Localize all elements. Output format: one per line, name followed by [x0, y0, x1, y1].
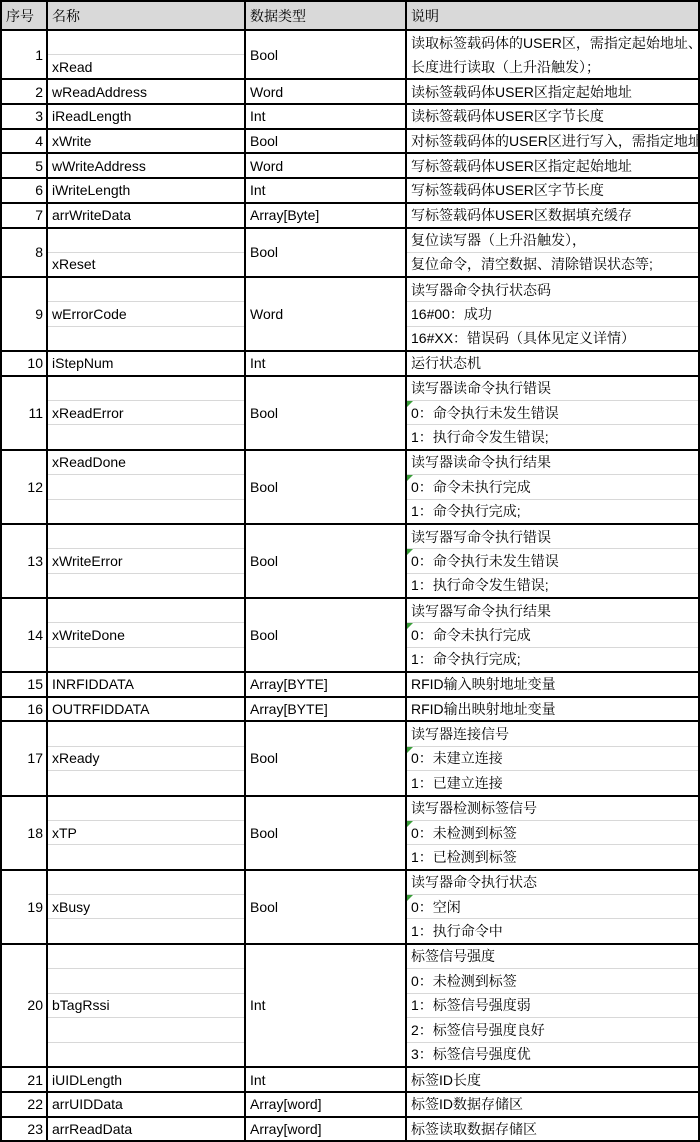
- cell-name[interactable]: iUIDLength: [46, 1068, 244, 1091]
- description-line[interactable]: 1：命令执行完成;: [407, 499, 698, 523]
- cell-row-number[interactable]: 5: [2, 154, 46, 177]
- cell-name[interactable]: OUTRFIDDATA: [46, 698, 244, 721]
- description-line[interactable]: 16#XX：错误码（具体见定义详情）: [407, 326, 698, 350]
- cell-row-number[interactable]: 19: [2, 871, 46, 943]
- description-line[interactable]: 0：命令未执行完成: [407, 622, 698, 646]
- description-line[interactable]: 读标签载码体USER区字节长度: [407, 105, 698, 128]
- cell-row-number[interactable]: 16: [2, 698, 46, 721]
- name-line: [48, 474, 244, 498]
- header-row: 序号 名称 数据类型 说明: [2, 2, 698, 29]
- description-line[interactable]: 0：命令未执行完成: [407, 474, 698, 498]
- description-line[interactable]: 0：未检测到标签: [407, 820, 698, 844]
- cell-description[interactable]: 读写器写命令执行错误0：命令执行未发生错误1：执行命令发生错误;: [405, 525, 698, 597]
- cell-row-number[interactable]: 10: [2, 352, 46, 375]
- cell-data-type[interactable]: Bool: [244, 525, 405, 597]
- description-line[interactable]: 读写器命令执行状态码: [407, 278, 698, 301]
- cell-data-type[interactable]: Array[word]: [244, 1118, 405, 1141]
- table-row: 20bTagRssiInt标签信号强度0：未检测到标签1：标签信号强度弱2：标签…: [2, 943, 698, 1067]
- description-line[interactable]: 标签ID数据存储区: [407, 1093, 698, 1116]
- name-line: arrReadData: [48, 1118, 244, 1141]
- description-line[interactable]: RFID输出映射地址变量: [407, 698, 698, 721]
- description-line[interactable]: 读标签载码体USER区指定起始地址: [407, 80, 698, 103]
- description-line[interactable]: 读写器写命令执行错误: [407, 525, 698, 548]
- name-line: [48, 229, 244, 252]
- description-line[interactable]: 写标签载码体USER区字节长度: [407, 179, 698, 202]
- cell-name[interactable]: iStepNum: [46, 352, 244, 375]
- cell-description[interactable]: 读取标签载码体的USER区，需指定起始地址、长度进行读取（上升沿触发）；: [405, 31, 698, 78]
- name-line: [48, 499, 244, 523]
- table-row: 21iUIDLengthInt标签ID长度: [2, 1066, 698, 1091]
- name-line: [48, 278, 244, 301]
- cell-data-type[interactable]: Bool: [244, 377, 405, 449]
- description-line[interactable]: 运行状态机: [407, 352, 698, 375]
- name-line: [48, 647, 244, 671]
- cell-description[interactable]: 读写器连接信号0：未建立连接1：已建立连接: [405, 722, 698, 794]
- cell-name[interactable]: INRFIDDATA: [46, 673, 244, 696]
- name-line: iUIDLength: [48, 1068, 244, 1091]
- name-line: xRead: [48, 54, 244, 78]
- cell-name[interactable]: xBusy: [46, 871, 244, 943]
- cell-corner-marker-icon: [407, 821, 413, 827]
- name-line: INRFIDDATA: [48, 673, 244, 696]
- cell-row-number[interactable]: 9: [2, 278, 46, 350]
- table-row: 10iStepNumInt运行状态机: [2, 350, 698, 375]
- cell-data-type[interactable]: Word: [244, 278, 405, 350]
- name-line: bTagRssi: [48, 993, 244, 1018]
- name-line: iWriteLength: [48, 179, 244, 202]
- description-line[interactable]: 读写器读命令执行错误: [407, 377, 698, 400]
- description-line[interactable]: 0：命令执行未发生错误: [407, 548, 698, 572]
- name-line: [48, 599, 244, 622]
- name-line: [48, 945, 244, 969]
- description-line[interactable]: 读取标签载码体的USER区，需指定起始地址、: [407, 31, 698, 55]
- cell-description[interactable]: 写标签载码体USER区指定起始地址: [405, 154, 698, 177]
- table-row: 14xWriteDoneBool读写器写命令执行结果0：命令未执行完成1：命令执…: [2, 597, 698, 671]
- cell-row-number[interactable]: 22: [2, 1093, 46, 1116]
- description-line[interactable]: 复位读写器（上升沿触发），: [407, 229, 698, 252]
- table-row: 15INRFIDDATAArray[BYTE]RFID输入映射地址变量: [2, 671, 698, 696]
- description-line[interactable]: 1：已建立连接: [407, 770, 698, 794]
- cell-row-number[interactable]: 4: [2, 130, 46, 153]
- cell-data-type[interactable]: Int: [244, 945, 405, 1067]
- cell-corner-marker-icon: [407, 747, 413, 753]
- description-line[interactable]: 1：执行命令发生错误;: [407, 573, 698, 597]
- cell-description[interactable]: 对标签载码体的USER区进行写入，需指定地址: [405, 130, 698, 153]
- cell-corner-marker-icon: [407, 623, 413, 629]
- cell-description[interactable]: 读写器命令执行状态码16#00：成功16#XX：错误码（具体见定义详情）: [405, 278, 698, 350]
- name-line: iReadLength: [48, 105, 244, 128]
- cell-row-number[interactable]: 18: [2, 797, 46, 869]
- name-line: [48, 968, 244, 993]
- cell-description[interactable]: 标签ID长度: [405, 1068, 698, 1091]
- name-line: [48, 1042, 244, 1067]
- table-row: 8xResetBool复位读写器（上升沿触发），复位命令，清空数据、清除错误状态…: [2, 227, 698, 276]
- cell-description[interactable]: 运行状态机: [405, 352, 698, 375]
- table-row: 13xWriteErrorBool读写器写命令执行错误0：命令执行未发生错误1：…: [2, 523, 698, 597]
- table-row: 17xReadyBool读写器连接信号0：未建立连接1：已建立连接: [2, 720, 698, 794]
- cell-row-number[interactable]: 14: [2, 599, 46, 671]
- description-line[interactable]: 标签读取数据存储区: [407, 1118, 698, 1141]
- name-line: [48, 770, 244, 794]
- header-cell-desc[interactable]: 说明: [405, 2, 698, 29]
- cell-row-number[interactable]: 1: [2, 31, 46, 78]
- cell-description[interactable]: 复位读写器（上升沿触发），复位命令，清空数据、清除错误状态等;: [405, 229, 698, 276]
- description-line[interactable]: 3：标签信号强度优: [407, 1042, 698, 1067]
- cell-row-number[interactable]: 11: [2, 377, 46, 449]
- cell-data-type[interactable]: Array[Byte]: [244, 204, 405, 227]
- cell-data-type[interactable]: Bool: [244, 130, 405, 153]
- cell-corner-marker-icon: [407, 401, 413, 407]
- name-line: OUTRFIDDATA: [48, 698, 244, 721]
- cell-data-type[interactable]: Bool: [244, 451, 405, 523]
- name-line: wErrorCode: [48, 301, 244, 325]
- cell-row-number[interactable]: 12: [2, 451, 46, 523]
- cell-description[interactable]: RFID输入映射地址变量: [405, 673, 698, 696]
- description-line[interactable]: 1：命令执行完成;: [407, 647, 698, 671]
- cell-name[interactable]: xReadDone: [46, 451, 244, 523]
- table-row: 9wErrorCodeWord读写器命令执行状态码16#00：成功16#XX：错…: [2, 276, 698, 350]
- cell-name[interactable]: iWriteLength: [46, 179, 244, 202]
- cell-name[interactable]: arrReadData: [46, 1118, 244, 1141]
- description-line[interactable]: 0：空闲: [407, 894, 698, 918]
- cell-name[interactable]: bTagRssi: [46, 945, 244, 1067]
- cell-description[interactable]: 标签读取数据存储区: [405, 1118, 698, 1141]
- table-row: 16OUTRFIDDATAArray[BYTE]RFID输出映射地址变量: [2, 696, 698, 721]
- name-line: [48, 525, 244, 548]
- cell-description[interactable]: RFID输出映射地址变量: [405, 698, 698, 721]
- table-row: 18xTPBool读写器检测标签信号0：未检测到标签1：已检测到标签: [2, 795, 698, 869]
- table-row: 7arrWriteDataArray[Byte]写标签载码体USER区数据填充缓…: [2, 202, 698, 227]
- description-line[interactable]: 2：标签信号强度良好: [407, 1017, 698, 1042]
- table-row: 22arrUIDDataArray[word]标签ID数据存储区: [2, 1091, 698, 1116]
- description-line[interactable]: 0：命令执行未发生错误: [407, 400, 698, 424]
- cell-corner-marker-icon: [407, 549, 413, 555]
- cell-name[interactable]: arrUIDData: [46, 1093, 244, 1116]
- cell-data-type[interactable]: Bool: [244, 871, 405, 943]
- name-line: xWriteDone: [48, 622, 244, 646]
- cell-name[interactable]: iReadLength: [46, 105, 244, 128]
- cell-description[interactable]: 读标签载码体USER区字节长度: [405, 105, 698, 128]
- table-row: 19xBusyBool读写器命令执行状态0：空闲1：执行命令中: [2, 869, 698, 943]
- cell-name[interactable]: xReadError: [46, 377, 244, 449]
- cell-description[interactable]: 读写器读命令执行错误0：命令执行未发生错误1：执行命令发生错误;: [405, 377, 698, 449]
- cell-data-type[interactable]: Word: [244, 80, 405, 103]
- description-line[interactable]: 0：未建立连接: [407, 746, 698, 770]
- name-line: xReset: [48, 252, 244, 276]
- description-line[interactable]: 复位命令，清空数据、清除错误状态等;: [407, 252, 698, 276]
- cell-data-type[interactable]: Bool: [244, 229, 405, 276]
- cell-corner-marker-icon: [407, 475, 413, 481]
- variable-table: 序号 名称 数据类型 说明 1xReadBool读取标签载码体的USER区，需指…: [0, 0, 700, 1142]
- name-line: [48, 326, 244, 350]
- table-row: 23arrReadDataArray[word]标签读取数据存储区: [2, 1116, 698, 1141]
- name-line: [48, 844, 244, 868]
- cell-data-type[interactable]: Int: [244, 352, 405, 375]
- cell-row-number[interactable]: 17: [2, 722, 46, 794]
- table-row: 3iReadLengthInt读标签载码体USER区字节长度: [2, 103, 698, 128]
- cell-name[interactable]: xRead: [46, 31, 244, 78]
- cell-name[interactable]: wErrorCode: [46, 278, 244, 350]
- cell-data-type[interactable]: Int: [244, 1068, 405, 1091]
- description-line[interactable]: 读写器检测标签信号: [407, 797, 698, 820]
- description-line[interactable]: 1：标签信号强度弱: [407, 993, 698, 1018]
- cell-row-number[interactable]: 20: [2, 945, 46, 1067]
- table-row: 12xReadDoneBool读写器读命令执行结果0：命令未执行完成1：命令执行…: [2, 449, 698, 523]
- name-line: xReadError: [48, 400, 244, 424]
- description-line[interactable]: 标签信号强度: [407, 945, 698, 969]
- description-line[interactable]: 16#00：成功: [407, 301, 698, 325]
- description-line[interactable]: 读写器命令执行状态: [407, 871, 698, 894]
- cell-corner-marker-icon: [407, 895, 413, 901]
- cell-description[interactable]: 读标签载码体USER区指定起始地址: [405, 80, 698, 103]
- name-line: [48, 31, 244, 54]
- cell-name[interactable]: wReadAddress: [46, 80, 244, 103]
- name-line: xWrite: [48, 130, 244, 153]
- cell-name[interactable]: xWriteError: [46, 525, 244, 597]
- cell-data-type[interactable]: Array[word]: [244, 1093, 405, 1116]
- cell-name[interactable]: xWriteDone: [46, 599, 244, 671]
- name-line: [48, 1017, 244, 1042]
- description-line[interactable]: 写标签载码体USER区指定起始地址: [407, 154, 698, 177]
- cell-description[interactable]: 标签ID数据存储区: [405, 1093, 698, 1116]
- cell-row-number[interactable]: 7: [2, 204, 46, 227]
- cell-name[interactable]: arrWriteData: [46, 204, 244, 227]
- cell-data-type[interactable]: Int: [244, 105, 405, 128]
- name-line: wReadAddress: [48, 80, 244, 103]
- cell-row-number[interactable]: 15: [2, 673, 46, 696]
- name-line: arrUIDData: [48, 1093, 244, 1116]
- cell-data-type[interactable]: Array[BYTE]: [244, 698, 405, 721]
- table-body: 1xReadBool读取标签载码体的USER区，需指定起始地址、长度进行读取（上…: [2, 29, 698, 1140]
- description-line[interactable]: 读写器读命令执行结果: [407, 451, 698, 474]
- cell-row-number[interactable]: 8: [2, 229, 46, 276]
- name-line: xWriteError: [48, 548, 244, 572]
- header-cell-index[interactable]: 序号: [2, 2, 46, 29]
- name-line: arrWriteData: [48, 204, 244, 227]
- table-row: 1xReadBool读取标签载码体的USER区，需指定起始地址、长度进行读取（上…: [2, 29, 698, 78]
- name-line: [48, 424, 244, 448]
- description-line[interactable]: 长度进行读取（上升沿触发）；: [407, 55, 698, 79]
- name-line: xBusy: [48, 894, 244, 918]
- cell-name[interactable]: xReady: [46, 722, 244, 794]
- cell-row-number[interactable]: 2: [2, 80, 46, 103]
- table-row: 6iWriteLengthInt写标签载码体USER区字节长度: [2, 177, 698, 202]
- cell-name[interactable]: wWriteAddress: [46, 154, 244, 177]
- description-line[interactable]: 读写器写命令执行结果: [407, 599, 698, 622]
- cell-description[interactable]: 写标签载码体USER区数据填充缓存: [405, 204, 698, 227]
- table-row: 2wReadAddressWord读标签载码体USER区指定起始地址: [2, 78, 698, 103]
- cell-description[interactable]: 读写器写命令执行结果0：命令未执行完成1：命令执行完成;: [405, 599, 698, 671]
- header-cell-name[interactable]: 名称: [46, 2, 244, 29]
- description-line[interactable]: 对标签载码体的USER区进行写入，需指定地址: [407, 130, 698, 153]
- cell-data-type[interactable]: Int: [244, 179, 405, 202]
- description-line[interactable]: 写标签载码体USER区数据填充缓存: [407, 204, 698, 227]
- name-line: [48, 797, 244, 820]
- description-line[interactable]: 1：执行命令发生错误;: [407, 424, 698, 448]
- name-line: [48, 377, 244, 400]
- header-cell-type[interactable]: 数据类型: [244, 2, 405, 29]
- name-line: iStepNum: [48, 352, 244, 375]
- description-line[interactable]: 1：执行命令中: [407, 918, 698, 942]
- cell-description[interactable]: 读写器检测标签信号0：未检测到标签1：已检测到标签: [405, 797, 698, 869]
- cell-data-type[interactable]: Word: [244, 154, 405, 177]
- name-line: [48, 722, 244, 745]
- name-line: xReady: [48, 746, 244, 770]
- name-line: [48, 573, 244, 597]
- table-row: 4xWriteBool对标签载码体的USER区进行写入，需指定地址: [2, 128, 698, 153]
- name-line: [48, 918, 244, 942]
- table-row: 11xReadErrorBool读写器读命令执行错误0：命令执行未发生错误1：执…: [2, 375, 698, 449]
- cell-row-number[interactable]: 21: [2, 1068, 46, 1091]
- cell-data-type[interactable]: Array[BYTE]: [244, 673, 405, 696]
- name-line: wWriteAddress: [48, 154, 244, 177]
- cell-row-number[interactable]: 23: [2, 1118, 46, 1141]
- cell-description[interactable]: 读写器读命令执行结果0：命令未执行完成1：命令执行完成;: [405, 451, 698, 523]
- description-line[interactable]: 读写器连接信号: [407, 722, 698, 745]
- description-line[interactable]: RFID输入映射地址变量: [407, 673, 698, 696]
- cell-row-number[interactable]: 13: [2, 525, 46, 597]
- name-line: [48, 871, 244, 894]
- cell-name[interactable]: xWrite: [46, 130, 244, 153]
- description-line[interactable]: 0：未检测到标签: [407, 968, 698, 993]
- cell-data-type[interactable]: Bool: [244, 599, 405, 671]
- cell-data-type[interactable]: Bool: [244, 797, 405, 869]
- cell-name[interactable]: xReset: [46, 229, 244, 276]
- cell-description[interactable]: 标签信号强度0：未检测到标签1：标签信号强度弱2：标签信号强度良好3：标签信号强…: [405, 945, 698, 1067]
- cell-row-number[interactable]: 3: [2, 105, 46, 128]
- name-line: xTP: [48, 820, 244, 844]
- table-row: 5wWriteAddressWord写标签载码体USER区指定起始地址: [2, 152, 698, 177]
- cell-data-type[interactable]: Bool: [244, 722, 405, 794]
- cell-name[interactable]: xTP: [46, 797, 244, 869]
- description-line[interactable]: 标签ID长度: [407, 1068, 698, 1091]
- description-line[interactable]: 1：已检测到标签: [407, 844, 698, 868]
- cell-data-type[interactable]: Bool: [244, 31, 405, 78]
- cell-row-number[interactable]: 6: [2, 179, 46, 202]
- name-line: xReadDone: [48, 451, 244, 474]
- cell-description[interactable]: 写标签载码体USER区字节长度: [405, 179, 698, 202]
- cell-description[interactable]: 读写器命令执行状态0：空闲1：执行命令中: [405, 871, 698, 943]
